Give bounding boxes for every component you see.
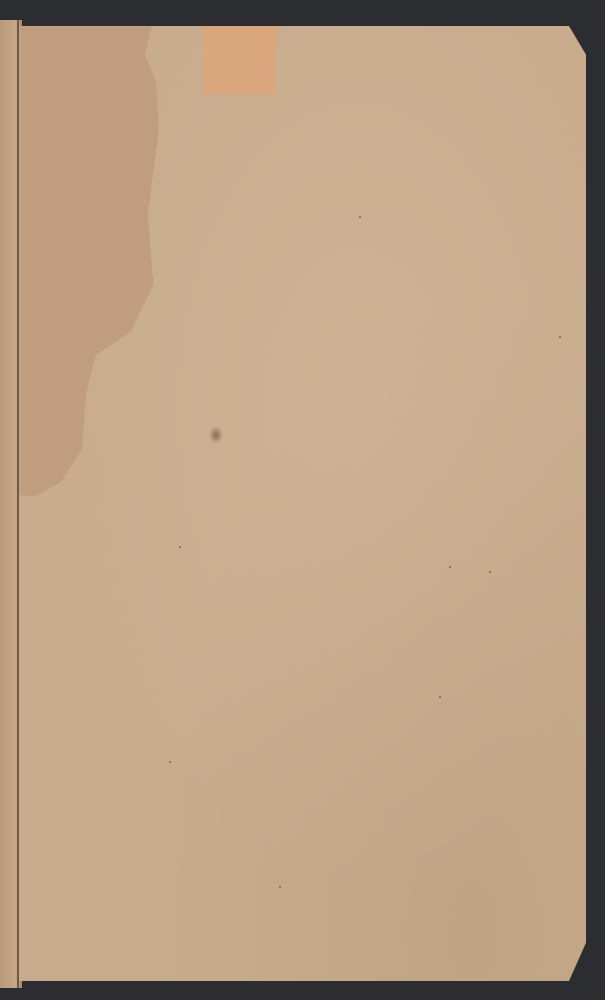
paper-speck xyxy=(449,566,451,568)
paper-speck xyxy=(489,571,491,573)
ink-blot xyxy=(209,426,223,444)
paper-speck xyxy=(359,216,361,218)
blank-paper-page xyxy=(19,26,586,981)
paper-speck xyxy=(169,761,171,763)
paper-speck xyxy=(439,696,441,698)
water-stain xyxy=(19,26,159,496)
paper-speck xyxy=(279,886,281,888)
paper-speck xyxy=(179,546,181,548)
paper-speck xyxy=(559,336,561,338)
binding-gutter xyxy=(17,20,19,988)
tab-mark xyxy=(204,26,276,94)
